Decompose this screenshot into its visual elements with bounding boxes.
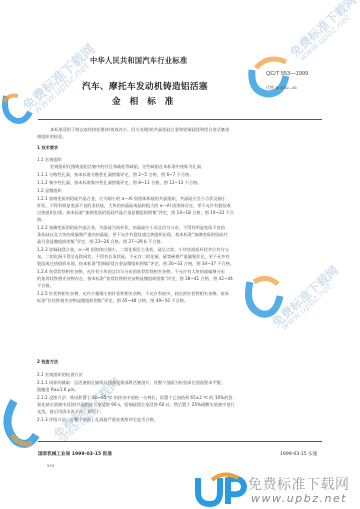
clause-1-2-2: 1.2.2 加磷变质的铝硅共晶合金，共晶硅为短杆状，初晶硅应小而且均匀分布，不得… [37,225,225,231]
clause-1-2-3: 1.2.3 铝铜硅镁合金，α—Al 固溶体应细小，二铝化铜呈小条状，硅呈点状，小… [37,247,229,253]
clause-1-2-2-cont: 晶合金显微组织图集”评定，图 23~26 合格，图 27~29 b 不合格。 [37,239,165,245]
clause-1-2-1-cont: 格。 [37,217,45,223]
issuing-organization: 中华人民共和国汽车行业标准 [90,56,187,66]
clause-1-1-1: 1.1.1 分散性孔洞，按本标准分散性孔洞图集评定，图 2~5 合格，图 6~7… [37,172,193,178]
clause-2-1-2: 2.1.2 浸蚀方法：将试样置于 60~65 ℃ 的热水中预热一分钟后，再置于已… [37,395,233,401]
brand-url: www.upbz.net [251,492,347,505]
standard-number: QC/T 553—1999 [266,71,308,77]
document-title-line2: 金相标准 [112,95,182,107]
replaces-standard: 代替 JB 3932—85 [266,86,297,91]
header-divider [38,119,322,120]
document-title-line1: 汽车、摩托车发动机铸造铝活塞 [82,80,208,92]
watermark-cn-top-right: 免费标准下载网 [286,0,360,61]
approval-info: 国家机械工业局 1999-03-15 批准 [38,451,112,457]
clause-1-2-3-cont: 裂纹或过热组织出现。按本标准“铝铜硅镁合金显微组织图集”评定，图 30~33 合… [37,261,234,267]
clause-1-2-1-cont: 杆状，不得有明显变质不良的条状硅，大块的初晶硅或晶粒粗大的 α—Al 固溶体存在… [37,203,231,209]
page-number: 532 [47,463,54,468]
brand-name: 免费标准下载网 [248,474,350,494]
up-logo-icon [0,90,34,130]
clause-1-1-2: 1.1.2 集中性孔洞，按本标准集中性孔洞图集评定，图 8~11 合格，图 12… [37,180,201,186]
clause-1-2-5-cont: 标准“针状铁相夹杂物显微组织图集”评定，图 45~48 合格，图 49~50 不… [37,298,188,304]
clause-1-2-2-cont: 条状硅以及大块的或偏聚严重的初晶硅，更不允许有裂纹或过热组织出现。按本标准“加磷… [37,232,228,238]
brand-up-logo-icon [192,472,248,508]
document-page: 免费标准下载网 www.upbz.net 免费标准下载网 www.upbz.ne… [0,0,360,509]
clause-1-2-1: 1.2.1 加钠变质的铝硅共晶合金，应为细小的 α—Al 固溶体和硅的共晶组织，… [37,196,226,202]
clause-1-2-4: 1.2.4 鱼骨状铁相夹杂物，允许有小块的且均匀分布的鱼骨状铁相夹杂物，不允许有… [37,269,225,275]
clause-2-1-1: 2.1.1 试样的截取：沿活塞销孔轴线及顶部至裙部将活塞剖开，其整个剖面为检验部… [37,380,225,386]
footer-divider [38,441,322,442]
clause-2-1-1-cont: 粗糙度 Ra≤1.6 μm。 [37,387,79,393]
clause-1-2-3-cont: 布，二铝化铜不得呈连续网状，不得有长条状硅。不允许二铝化铜，硅等硬相严重偏聚存在… [37,254,230,260]
section-1-1-text: 宏观组织仅指铸造铝活塞中的针孔和疏松等缺陷，这些缺陷在本标准中统称为孔洞。 [37,164,205,170]
clause-1-2-4-cont: 不合格。 [37,283,54,289]
up-logo-icon [240,272,284,322]
clause-2-1-2-cont: 光洗，最后用清水洗干净，并吹干。 [37,409,104,415]
section-2-heading: 2 检查方法 [37,359,58,365]
section-1-1-heading: 1.1 宏观组织 [37,157,62,163]
section-2-1-heading: 2.1 宏观组织的检查方法 [37,372,83,378]
up-logo-icon [0,395,40,455]
section-1-2-heading: 1.2 显微组织 [37,188,62,194]
implementation-date: 1999-03-15 实施 [280,451,317,457]
clause-2-1-3: 2.1.3 评级方法：在整个剖面上孔洞最严重处观察评定是否合格。 [37,417,158,423]
section-1-heading: 1 技术要求 [37,145,58,151]
intro-paragraph-cont: 相组织的检验。 [37,134,66,140]
intro-paragraph: 本标准适用于铸态或经热处理(时效或淬火、回火处理)的共晶铝硅合金和铝铜硅镁和镁合… [37,127,229,133]
clause-1-2-5: 1.2.5 针状铁相夹杂物，允许少量细小的针状铁相夹杂物，不允许有较多，较长的针… [37,291,229,297]
clause-1-2-4-cont: 的鱼骨状铁相夹杂物存在。按本标准“鱼骨状铁相夹杂物显微组织图集”评定，图 38~… [37,276,233,282]
clause-1-2-1-cont: 过热组织出现。按本标准“加钠变质的铝硅共晶合金显微组织图集”评定，图 14~18… [37,210,234,216]
clause-2-1-2-cont: 氧化钠水溶液中浸蚀(共晶铝硅合金浸蚀 90 s，铝铜硅镁合金浸蚀 60 s)，然… [37,402,235,408]
